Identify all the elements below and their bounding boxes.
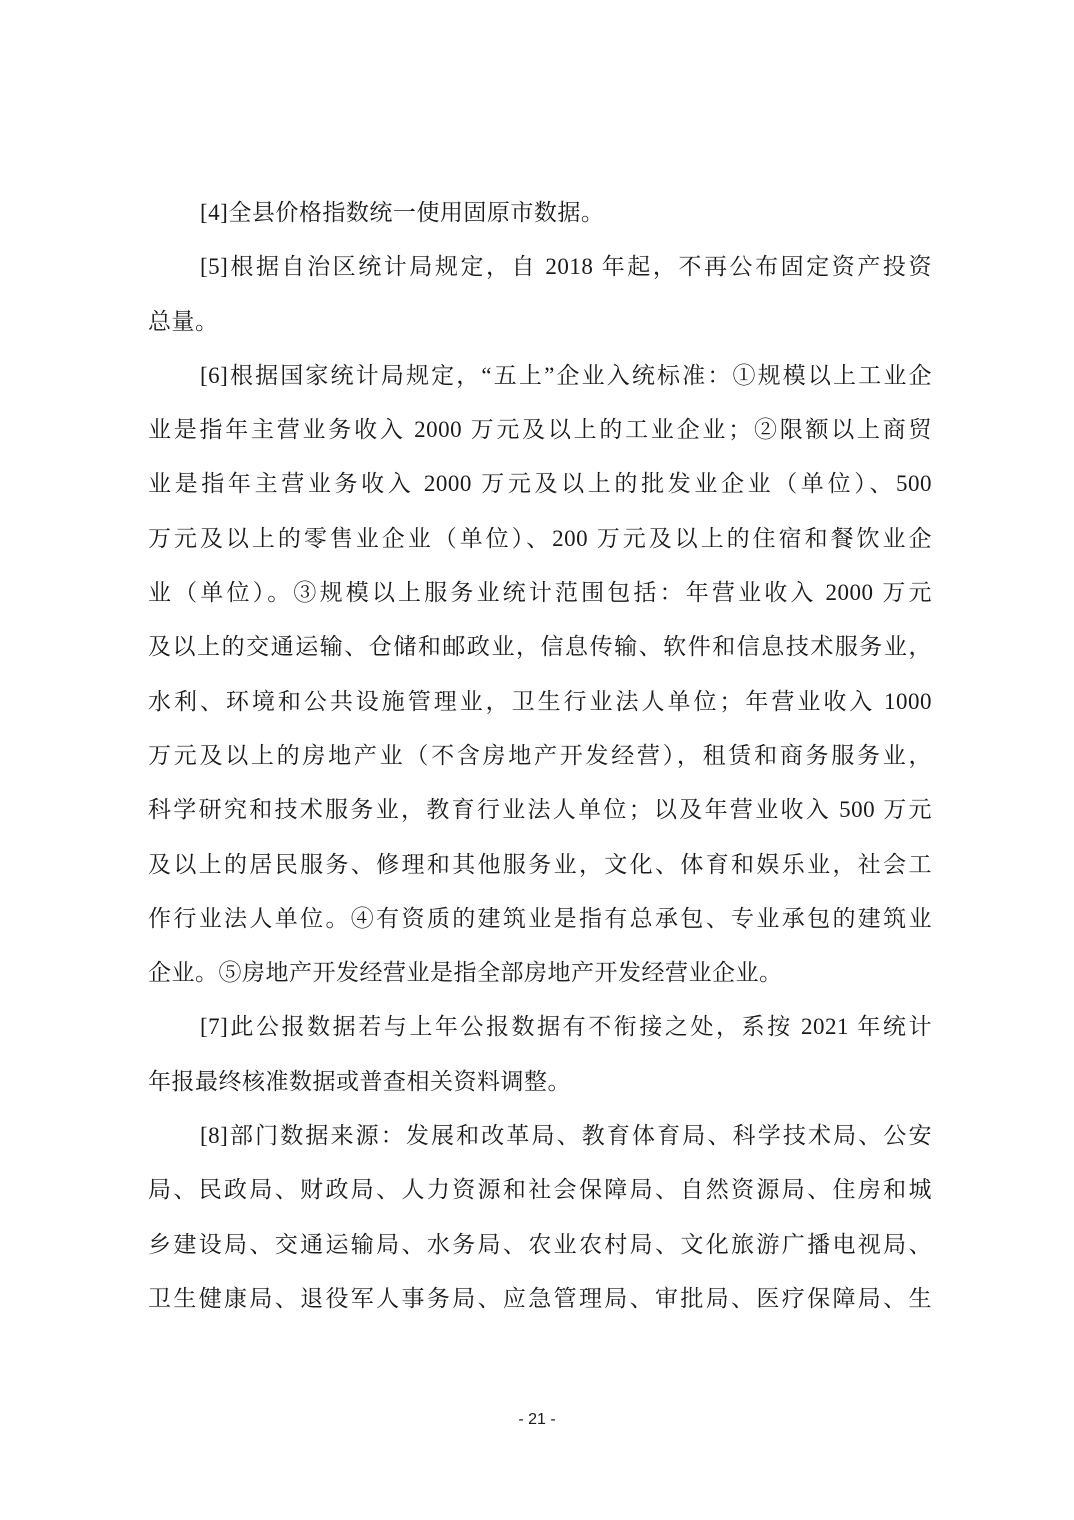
text-line: 及以上的交通运输、仓储和邮政业，信息传输、软件和信息技术服务业， xyxy=(148,620,932,674)
text-line: 作行业法人单位。④有资质的建筑业是指有总承包、专业承包的建筑业 xyxy=(148,892,932,946)
footnote-8-line: [8]部门数据来源：发展和改革局、教育体育局、科学技术局、公安 xyxy=(148,1109,932,1163)
text-line: 卫生健康局、退役军人事务局、应急管理局、审批局、医疗保障局、生 xyxy=(148,1272,932,1326)
text-line: 业是指年主营业务收入 2000 万元及以上的工业企业；②限额以上商贸 xyxy=(148,403,932,457)
text-line: 企业。⑤房地产开发经营业是指全部房地产开发经营业企业。 xyxy=(148,946,932,1000)
text-line: 年报最终核准数据或普查相关资料调整。 xyxy=(148,1055,932,1109)
footnote-6-line: [6]根据国家统计局规定，“五上”企业入统标准：①规模以上工业企 xyxy=(148,349,932,403)
page-number: - 21 - xyxy=(0,1406,1074,1434)
footnote-4-line: [4]全县价格指数统一使用固原市数据。 xyxy=(148,186,932,240)
text-line: 水利、环境和公共设施管理业，卫生行业法人单位；年营业收入 1000 xyxy=(148,675,932,729)
text-line: 局、民政局、财政局、人力资源和社会保障局、自然资源局、住房和城 xyxy=(148,1163,932,1217)
footnote-5-line: [5]根据自治区统计局规定，自 2018 年起，不再公布固定资产投资 xyxy=(148,240,932,294)
text-line: 乡建设局、交通运输局、水务局、农业农村局、文化旅游广播电视局、 xyxy=(148,1218,932,1272)
document-page: [4]全县价格指数统一使用固原市数据。 [5]根据自治区统计局规定，自 2018… xyxy=(0,0,1074,1520)
text-line: 万元及以上的房地产业（不含房地产开发经营），租赁和商务服务业， xyxy=(148,729,932,783)
text-line: 万元及以上的零售业企业（单位）、200 万元及以上的住宿和餐饮业企 xyxy=(148,512,932,566)
text-line: 业（单位）。③规模以上服务业统计范围包括：年营业收入 2000 万元 xyxy=(148,566,932,620)
text-line: 及以上的居民服务、修理和其他服务业，文化、体育和娱乐业，社会工 xyxy=(148,838,932,892)
text-line: 科学研究和技术服务业，教育行业法人单位；以及年营业收入 500 万元 xyxy=(148,783,932,837)
text-line: 业是指年主营业务收入 2000 万元及以上的批发业企业（单位）、500 xyxy=(148,457,932,511)
footnote-7-line: [7]此公报数据若与上年公报数据有不衔接之处，系按 2021 年统计 xyxy=(148,1000,932,1054)
text-line: 总量。 xyxy=(148,295,932,349)
footnotes-section: [4]全县价格指数统一使用固原市数据。 [5]根据自治区统计局规定，自 2018… xyxy=(148,186,932,1326)
